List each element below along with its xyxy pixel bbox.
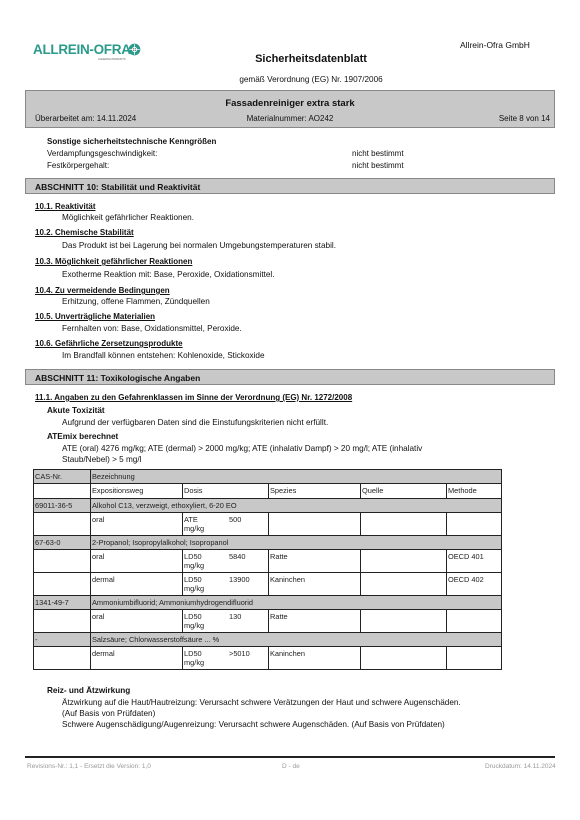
dose-unit: mg/kg <box>184 524 267 533</box>
header-species: Spezies <box>269 484 361 499</box>
subsection-text: Im Brandfall können entstehen: Kohlenoxi… <box>62 351 265 360</box>
irritation-title: Reiz- und Ätzwirkung <box>47 686 130 695</box>
table-row: oralLD50130mg/kgRatte <box>34 610 502 633</box>
parameter-value: nicht bestimmt <box>352 161 404 170</box>
footer-language: D - de <box>282 763 300 770</box>
source <box>361 550 447 573</box>
substance-name: Ammoniumbifluorid; Ammoniumhydrogendiflu… <box>91 596 502 610</box>
subsection-text: Erhitzung, offene Flammen, Zündquellen <box>62 297 210 306</box>
parameter-value: nicht bestimmt <box>352 149 404 158</box>
footer-divider <box>25 756 555 758</box>
section-11-header: ABSCHNITT 11: Toxikologische Angaben <box>25 369 555 385</box>
acute-toxicity-text: Aufgrund der verfügbaren Daten sind die … <box>62 417 328 428</box>
source <box>361 647 447 670</box>
dose: LD5013900mg/kg <box>183 573 269 596</box>
source <box>361 513 447 536</box>
substance-row: 69011-36-5Alkohol C13, verzweigt, ethoxy… <box>34 499 502 513</box>
method <box>447 610 502 633</box>
other-parameters-title: Sonstige sicherheitstechnische Kenngröße… <box>47 137 216 146</box>
atemix-text-line2: Staub/Nebel) > 5 mg/l <box>62 454 141 465</box>
header-dose: Dosis <box>183 484 269 499</box>
header-route: Expositionsweg <box>91 484 183 499</box>
section-10-header: ABSCHNITT 10: Stabilität und Reaktivität <box>25 178 555 194</box>
irritation-line: Schwere Augenschädigung/Augenreizung: Ve… <box>62 719 445 730</box>
subsection-text: Das Produkt ist bei Lagerung bei normale… <box>62 241 336 250</box>
dose-value: >5010 <box>229 649 250 658</box>
subsection-heading: 10.4. Zu vermeidende Bedingungen <box>35 286 170 295</box>
table-row: dermalLD5013900mg/kgKaninchenOECD 402 <box>34 573 502 596</box>
source <box>361 610 447 633</box>
atemix-title: ATEmix berechnet <box>47 432 118 441</box>
subsection-heading: 10.3. Möglichkeit gefährlicher Reaktione… <box>35 257 192 266</box>
empty-cell <box>34 610 91 633</box>
cas-number: 67-63-0 <box>34 536 91 550</box>
parameter-label: Verdampfungsgeschwindigkeit: <box>47 149 157 158</box>
method <box>447 647 502 670</box>
header-cas: CAS-Nr. <box>34 470 91 484</box>
subsection-text: Fernhalten von: Base, Oxidationsmittel, … <box>62 324 242 333</box>
dose-value: 500 <box>229 515 241 524</box>
irritation-line: Ätzwirkung auf die Haut/Hautreizung: Ver… <box>62 697 461 708</box>
header-name: Bezeichnung <box>91 470 502 484</box>
cas-number: 69011-36-5 <box>34 499 91 513</box>
footer-revision: Revisions-Nr.: 1,1 - Ersetzt die Version… <box>27 763 151 770</box>
substance-row: -Salzsäure; Chlorwasserstoffsäure ... % <box>34 633 502 647</box>
acute-toxicity-title: Akute Toxizität <box>47 406 105 415</box>
species: Ratte <box>269 610 361 633</box>
atemix-text-line1: ATE (oral) 4276 mg/kg; ATE (dermal) > 20… <box>62 443 422 454</box>
substance-row: 1341-49-7Ammoniumbifluorid; Ammoniumhydr… <box>34 596 502 610</box>
regulation-reference: gemäß Verordnung (EG) Nr. 1907/2006 <box>0 75 580 84</box>
substance-name: Alkohol C13, verzweigt, ethoxyliert, 6-2… <box>91 499 502 513</box>
toxicity-table: CAS-Nr. Bezeichnung Expositionsweg Dosis… <box>33 469 502 670</box>
subsection-heading: 10.5. Unverträgliche Materialien <box>35 312 155 321</box>
species: Ratte <box>269 550 361 573</box>
exposure-route: oral <box>91 610 183 633</box>
page-number: Seite 8 von 14 <box>499 114 550 123</box>
empty-cell <box>34 573 91 596</box>
table-row: oralATE500mg/kg <box>34 513 502 536</box>
dose: LD50>5010mg/kg <box>183 647 269 670</box>
exposure-route: oral <box>91 513 183 536</box>
table-header-row: CAS-Nr. Bezeichnung <box>34 470 502 484</box>
table-row: dermalLD50>5010mg/kgKaninchen <box>34 647 502 670</box>
subsection-heading: 11.1. Angaben zu den Gefahrenklassen im … <box>35 393 352 402</box>
cas-number: 1341-49-7 <box>34 596 91 610</box>
dose: ATE500mg/kg <box>183 513 269 536</box>
subsection-heading: 10.6. Gefährliche Zersetzungsprodukte <box>35 339 183 348</box>
dose: LD50130mg/kg <box>183 610 269 633</box>
empty-cell <box>34 550 91 573</box>
subsection-heading: 10.2. Chemische Stabilität <box>35 228 134 237</box>
dose-value: 130 <box>229 612 241 621</box>
dose-type: LD50 <box>184 575 229 584</box>
dose: LD505840mg/kg <box>183 550 269 573</box>
substance-name: Salzsäure; Chlorwasserstoffsäure ... % <box>91 633 502 647</box>
product-header-box: Fassadenreiniger extra stark Überarbeite… <box>25 90 555 128</box>
exposure-route: oral <box>91 550 183 573</box>
species: Kaninchen <box>269 573 361 596</box>
product-name: Fassadenreiniger extra stark <box>26 98 554 109</box>
dose-type: LD50 <box>184 612 229 621</box>
company-name: Allrein-Ofra GmbH <box>460 40 530 50</box>
dose-value: 5840 <box>229 552 245 561</box>
footer-print-date: Druckdatum: 14.11.2024 <box>485 763 556 770</box>
document-title: Sicherheitsdatenblatt <box>0 53 580 65</box>
dose-type: LD50 <box>184 552 229 561</box>
subsection-text: Exotherme Reaktion mit: Base, Peroxide, … <box>62 270 275 279</box>
substance-row: 67-63-02-Propanol; Isopropylalkohol; Iso… <box>34 536 502 550</box>
material-number: Materialnummer: AO242 <box>26 114 554 123</box>
empty-cell <box>34 513 91 536</box>
irritation-line: (Auf Basis von Prüfdaten) <box>62 708 155 719</box>
dose-unit: mg/kg <box>184 621 267 630</box>
cas-number: - <box>34 633 91 647</box>
dose-value: 13900 <box>229 575 250 584</box>
dose-unit: mg/kg <box>184 584 267 593</box>
species: Kaninchen <box>269 647 361 670</box>
subsection-heading: 10.1. Reaktivität <box>35 202 95 211</box>
dose-unit: mg/kg <box>184 658 267 667</box>
species <box>269 513 361 536</box>
empty-cell <box>34 647 91 670</box>
dose-type: ATE <box>184 515 229 524</box>
method <box>447 513 502 536</box>
table-subheader-row: Expositionsweg Dosis Spezies Quelle Meth… <box>34 484 502 499</box>
header-empty <box>34 484 91 499</box>
dose-type: LD50 <box>184 649 229 658</box>
exposure-route: dermal <box>91 647 183 670</box>
substance-name: 2-Propanol; Isopropylalkohol; Isopropano… <box>91 536 502 550</box>
header-source: Quelle <box>361 484 447 499</box>
dose-unit: mg/kg <box>184 561 267 570</box>
source <box>361 573 447 596</box>
parameter-label: Festkörpergehalt: <box>47 161 109 170</box>
exposure-route: dermal <box>91 573 183 596</box>
method: OECD 401 <box>447 550 502 573</box>
header-method: Methode <box>447 484 502 499</box>
method: OECD 402 <box>447 573 502 596</box>
subsection-text: Möglichkeit gefährlicher Reaktionen. <box>62 213 194 222</box>
table-row: oralLD505840mg/kgRatteOECD 401 <box>34 550 502 573</box>
